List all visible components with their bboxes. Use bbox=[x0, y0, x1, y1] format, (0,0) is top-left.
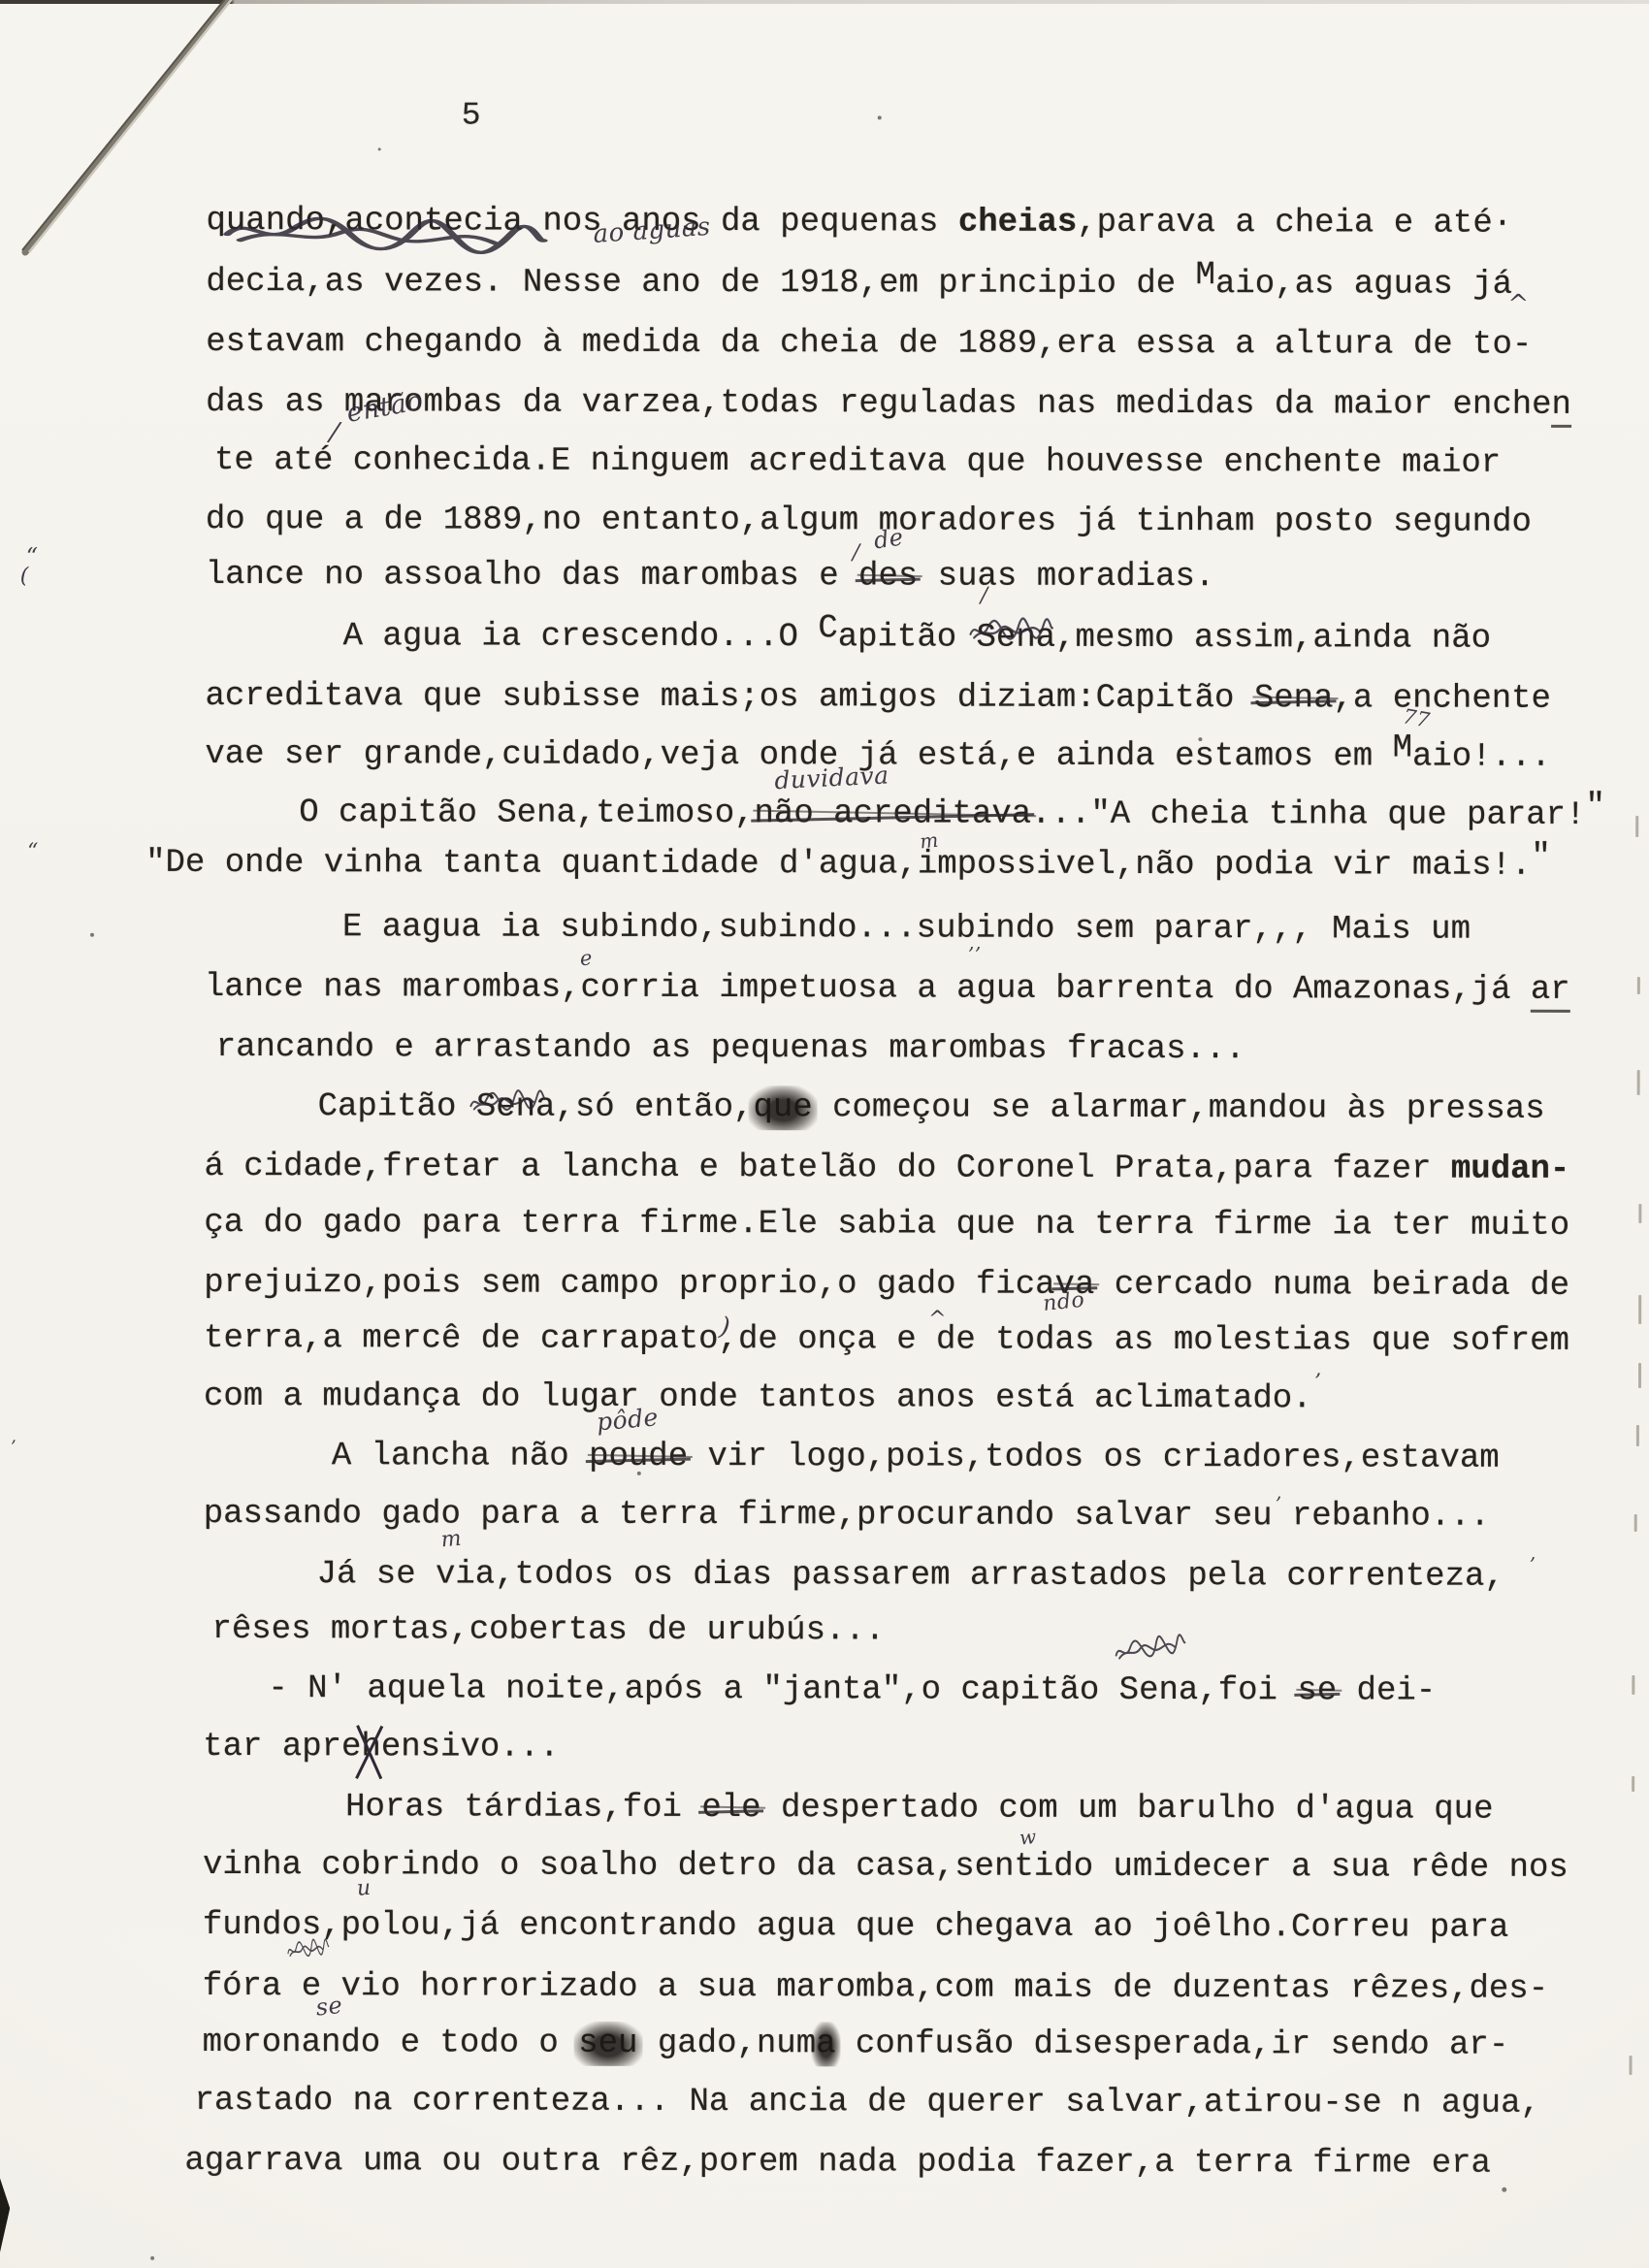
typed-line: acreditava que subisse mais;os amigos di… bbox=[205, 679, 1551, 717]
ink-speck bbox=[637, 1472, 641, 1475]
pen-mark-viu bbox=[286, 1936, 331, 1961]
typed-line: lance no assoalho das marombas e des sua… bbox=[206, 558, 1215, 595]
typed-line: prejuizo,pois sem campo proprio,o gado f… bbox=[204, 1266, 1569, 1304]
ink-speck bbox=[90, 933, 94, 937]
typed-line: estavam chegando à medida da cheia de 18… bbox=[206, 325, 1532, 363]
margin-mark: ’ bbox=[11, 1438, 16, 1458]
typed-line: terra,a mercê de carrapato,de onça e de … bbox=[204, 1321, 1569, 1359]
pen-scribble-over-sena bbox=[469, 1087, 547, 1117]
typed-line: - N' aquela noite,após a "janta",o capit… bbox=[268, 1671, 1436, 1709]
typed-line: passando gado para a terra firme,procura… bbox=[204, 1497, 1490, 1535]
typed-line: O capitão Sena,teimoso,não acreditava...… bbox=[299, 795, 1605, 833]
pen-mark-over-sena bbox=[1113, 1631, 1188, 1666]
scan-streak bbox=[1637, 1070, 1640, 1095]
scan-edge-tear bbox=[0, 2164, 10, 2268]
typed-line: rastado na correnteza... Na ancia de que… bbox=[194, 2084, 1540, 2122]
typed-line: te até conhecida.E ninguem acreditava qu… bbox=[214, 443, 1501, 481]
typed-line: E aagua ia subindo,subindo...subindo sem… bbox=[342, 910, 1471, 947]
ink-speck bbox=[1198, 737, 1202, 741]
typed-line: lance nas marombas,corria impetuosa a ag… bbox=[205, 970, 1570, 1008]
typed-line: A lancha não poude vir logo,pois,todos o… bbox=[332, 1439, 1500, 1476]
typed-line: á cidade,fretar a lancha e batelão do Co… bbox=[204, 1150, 1569, 1187]
handwritten-insert-de: de bbox=[872, 523, 905, 554]
typed-line: fóra e vio horrorizado a sua maromba,com… bbox=[203, 1969, 1549, 2007]
scan-streak bbox=[1632, 1675, 1634, 1695]
typed-line: Já se via,todos os dias passarem arrasta… bbox=[317, 1557, 1504, 1595]
scan-streak bbox=[1635, 816, 1638, 837]
typed-line: rancando e arrastando as pequenas maromb… bbox=[216, 1030, 1245, 1067]
scan-streak bbox=[1634, 1514, 1637, 1532]
handwritten-mark-77: 77 bbox=[1402, 704, 1433, 731]
typed-line: moronando e todo o seu gado,numa confusã… bbox=[203, 2025, 1509, 2063]
handwritten-caret: ˆ bbox=[1405, 2044, 1418, 2073]
typed-line: vinha cobrindo o soalho detro da casa,se… bbox=[203, 1848, 1568, 1886]
ink-speck bbox=[1502, 2187, 1506, 2192]
scan-streak bbox=[1638, 1204, 1641, 1223]
scanned-document-page: 5 quando,acontecia nos anos da pequenas … bbox=[0, 0, 1649, 2268]
typed-line: "De onde vinha tanta quantidade d'agua,i… bbox=[145, 846, 1551, 884]
margin-mark: ( bbox=[20, 565, 29, 589]
handwritten-tick: ’ bbox=[1276, 1492, 1282, 1515]
typed-line: A agua ia crescendo...O Capitão Sena,mes… bbox=[343, 619, 1491, 656]
pen-cross-out-h bbox=[351, 1723, 384, 1781]
scan-streak bbox=[1636, 1425, 1639, 1446]
typed-line: ça do gado para terra firme.Ele sabia qu… bbox=[204, 1206, 1569, 1244]
handwritten-insert-duvidava: duvidava bbox=[774, 761, 889, 794]
scan-streak bbox=[1638, 1363, 1641, 1388]
handwritten-tick: ’ bbox=[1314, 1370, 1322, 1394]
handwritten-insert-se: se bbox=[314, 1992, 343, 2022]
scan-streak bbox=[1637, 977, 1640, 994]
handwritten-slash: ∕ bbox=[981, 584, 988, 608]
scan-streak bbox=[1630, 2056, 1633, 2075]
typed-text-layer: 5 quando,acontecia nos anos da pequenas … bbox=[0, 0, 1649, 2268]
handwritten-tick: ’ bbox=[1530, 1553, 1536, 1576]
typed-line: do que a de 1889,no entanto,algum morado… bbox=[206, 502, 1532, 540]
scan-streak bbox=[1632, 1776, 1634, 1792]
typed-line: decia,as vezes. Nesse ano de 1918,em pri… bbox=[206, 265, 1512, 303]
handwritten-e-mark: e bbox=[579, 946, 594, 970]
handwritten-caret: ^ bbox=[1507, 290, 1529, 319]
scan-streak bbox=[1638, 1295, 1641, 1324]
page-number: 5 bbox=[462, 97, 481, 133]
typed-line: rêses mortas,cobertas de urubús... bbox=[211, 1612, 885, 1648]
typed-line: com a mudança do lugar onde tantos anos … bbox=[204, 1379, 1312, 1416]
handwritten-insert-pode: pôde bbox=[596, 1403, 660, 1436]
typed-line: Horas tárdias,foi ele despertado com um … bbox=[345, 1790, 1493, 1827]
handwritten-caret: ^ bbox=[928, 1308, 947, 1332]
handwritten-insert-ndo: ndo bbox=[1042, 1288, 1085, 1316]
pen-scribble-over-sena bbox=[968, 615, 1054, 645]
handwritten-insert-m: m bbox=[440, 1527, 463, 1553]
margin-mark: “ bbox=[27, 840, 39, 864]
handwritten-ticks: ’’ bbox=[968, 943, 982, 966]
handwritten-u-mark: u bbox=[356, 1876, 372, 1901]
ink-speck bbox=[378, 147, 381, 150]
handwritten-slash: ∕ bbox=[853, 540, 860, 565]
handwritten-m-mark: m bbox=[919, 828, 940, 854]
handwritten-w-mark: w bbox=[1018, 1825, 1038, 1849]
ink-speck bbox=[150, 2256, 154, 2260]
typed-line: agarrava uma ou outra rêz,porem nada pod… bbox=[184, 2144, 1491, 2182]
ink-speck bbox=[878, 115, 882, 119]
typed-line: fundos,polou,já encontrando agua que che… bbox=[203, 1908, 1509, 1946]
